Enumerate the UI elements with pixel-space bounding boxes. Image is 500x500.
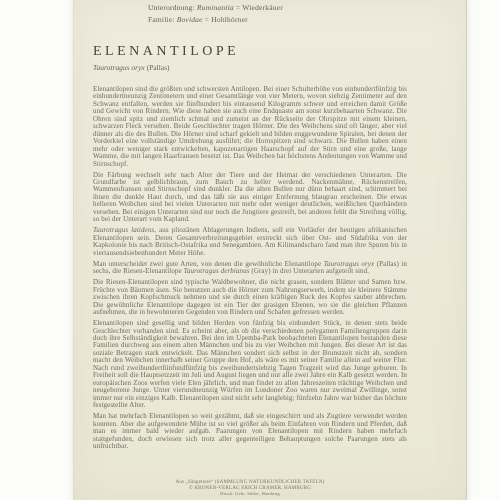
body-paragraph: Die Riesen-Elenantilopen sind typische W… bbox=[93, 279, 407, 316]
paragraph-text: (Gray) in drei Unterarten aufgeteilt sin… bbox=[250, 267, 370, 275]
paragraph-text: Elenantilopen sind die größten und schwe… bbox=[93, 85, 407, 168]
body-paragraph: Man hat mehrfach Elenantilopen so weit g… bbox=[93, 413, 407, 450]
page-title: ELENANTILOPE bbox=[93, 44, 407, 60]
body-paragraph: Man unterscheidet zwei gute Arten, von d… bbox=[93, 261, 407, 276]
taxonomy-label: Familie: bbox=[148, 15, 177, 24]
taxonomy-common: = Hohlhörner bbox=[203, 15, 248, 24]
taxonomy-common: = Wiederkäuer bbox=[234, 3, 283, 12]
species-name: Taurotragus derbianus bbox=[184, 267, 250, 275]
footer-imprint: Aus „Säugetiere“ (SAMMLUNG NATURKUNDLICH… bbox=[93, 480, 407, 497]
subtitle-author: (Pallas) bbox=[145, 63, 170, 72]
taxonomy-label: Unterordnung: bbox=[148, 3, 197, 12]
scanned-page: Unterordnung: Ruminantia = Wiederkäuer F… bbox=[73, 0, 467, 500]
paragraph-text: Die Färbung wechselt sehr nach Alter der… bbox=[93, 171, 407, 224]
taxonomy-latin: Bovidae bbox=[177, 15, 203, 24]
body-paragraph: Die Färbung wechselt sehr nach Alter der… bbox=[93, 172, 407, 224]
subtitle-species-latin: Taurotragus oryx bbox=[93, 63, 145, 72]
taxonomy-row-familie: Familie: Bovidae = Hohlhörner bbox=[148, 14, 407, 26]
paragraph-text: Die Riesen-Elenantilopen sind typische W… bbox=[93, 278, 407, 316]
body-paragraph: Taurotragus latidens, aus pliozänen Abla… bbox=[93, 227, 407, 257]
taxonomy-block: Unterordnung: Ruminantia = Wiederkäuer F… bbox=[148, 2, 407, 26]
body-paragraph: Elenantilopen sind gesellig und bilden H… bbox=[93, 320, 407, 409]
page-subtitle: Taurotragus oryx (Pallas) bbox=[93, 63, 407, 72]
taxonomy-row-unterordnung: Unterordnung: Ruminantia = Wiederkäuer bbox=[148, 2, 407, 14]
body-paragraph: Elenantilopen sind die größten und schwe… bbox=[93, 86, 407, 168]
taxonomy-latin: Ruminantia bbox=[197, 3, 234, 12]
footer-printer-line: Druck: Gebr. Sülter, Hamburg bbox=[93, 491, 407, 497]
paragraph-text: Man hat mehrfach Elenantilopen so weit g… bbox=[93, 412, 407, 450]
paragraph-text: Elenantilopen sind gesellig und bilden H… bbox=[93, 319, 407, 409]
article-body: Elenantilopen sind die größten und schwe… bbox=[93, 86, 407, 454]
